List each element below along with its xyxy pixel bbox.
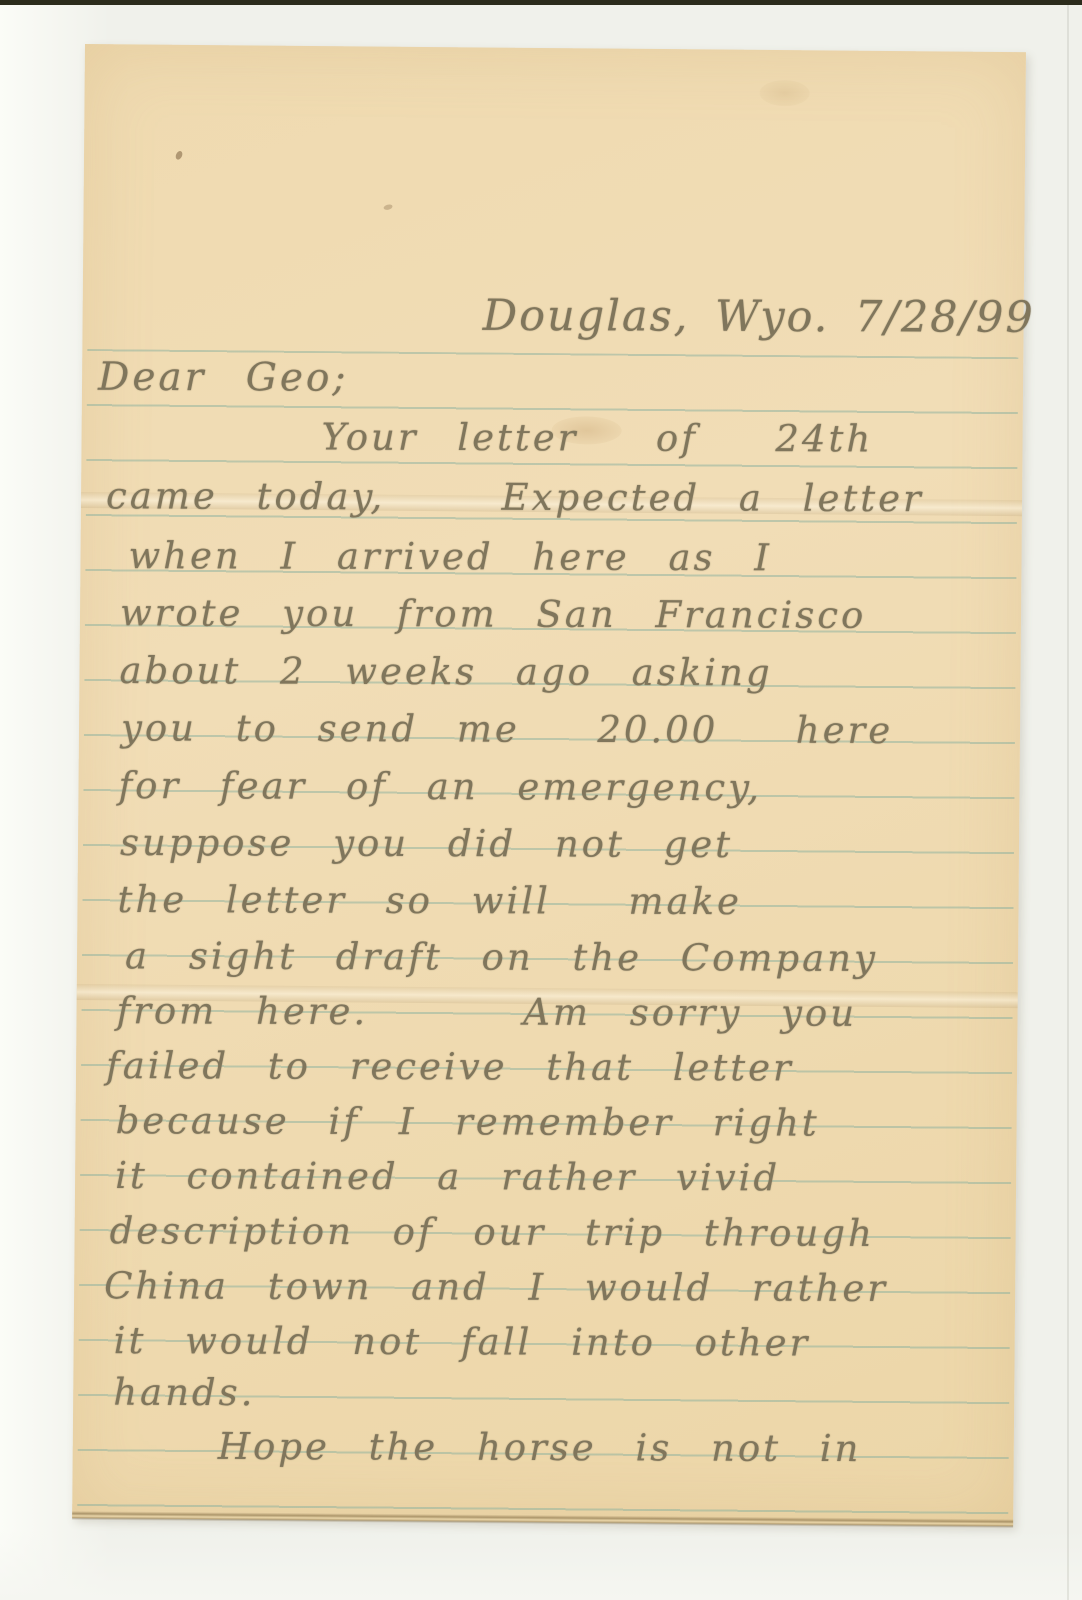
handwritten-line: a sight draft on the Company (125, 934, 878, 980)
dateline-text: Douglas, Wyo. 7/28/99 (483, 291, 1035, 343)
handwritten-line: it would not fall into other (114, 1319, 811, 1364)
handwritten-line: Hope the horse is not in (218, 1425, 862, 1470)
handwritten-line: hands. (113, 1371, 255, 1414)
salutation-text: Dear Geo; (98, 355, 349, 401)
handwritten-line: suppose you did not get (120, 821, 733, 866)
handwritten-line: China town and I would rather (104, 1264, 888, 1310)
scanner-top-strip (0, 0, 1082, 5)
handwritten-line: from here. Am sorry you (116, 989, 857, 1035)
letter-paper: Douglas, Wyo. 7/28/99 Dear Geo; Your let… (72, 44, 1026, 1526)
handwritten-line: came today, Expected a letter (106, 474, 924, 520)
handwritten-line: you to send me 20.00 here (121, 706, 893, 752)
handwritten-line: wrote you from San Francisco (120, 591, 866, 637)
handwritten-line: description of our trip through (110, 1209, 875, 1255)
paper-stain (759, 80, 809, 106)
scanner-mat-right-line (1067, 5, 1069, 1600)
handwritten-line: failed to receive that letter (106, 1044, 794, 1089)
paper-speck (174, 150, 183, 161)
handwritten-line: the letter so will make (117, 878, 742, 923)
paper-speck (383, 204, 393, 211)
handwritten-line: Your letter of 24th (322, 416, 874, 461)
handwritten-line: for fear of an emergency, (118, 764, 762, 809)
handwritten-line: about 2 weeks ago asking (119, 649, 772, 694)
handwritten-line: because if I remember right (116, 1099, 820, 1144)
handwritten-line: when I arrived here as I (128, 534, 772, 579)
scanner-mat-bottom (0, 1530, 1082, 1600)
handwritten-line: it contained a rather vivid (115, 1154, 780, 1199)
scanned-letter-page: Douglas, Wyo. 7/28/99 Dear Geo; Your let… (0, 0, 1082, 1600)
